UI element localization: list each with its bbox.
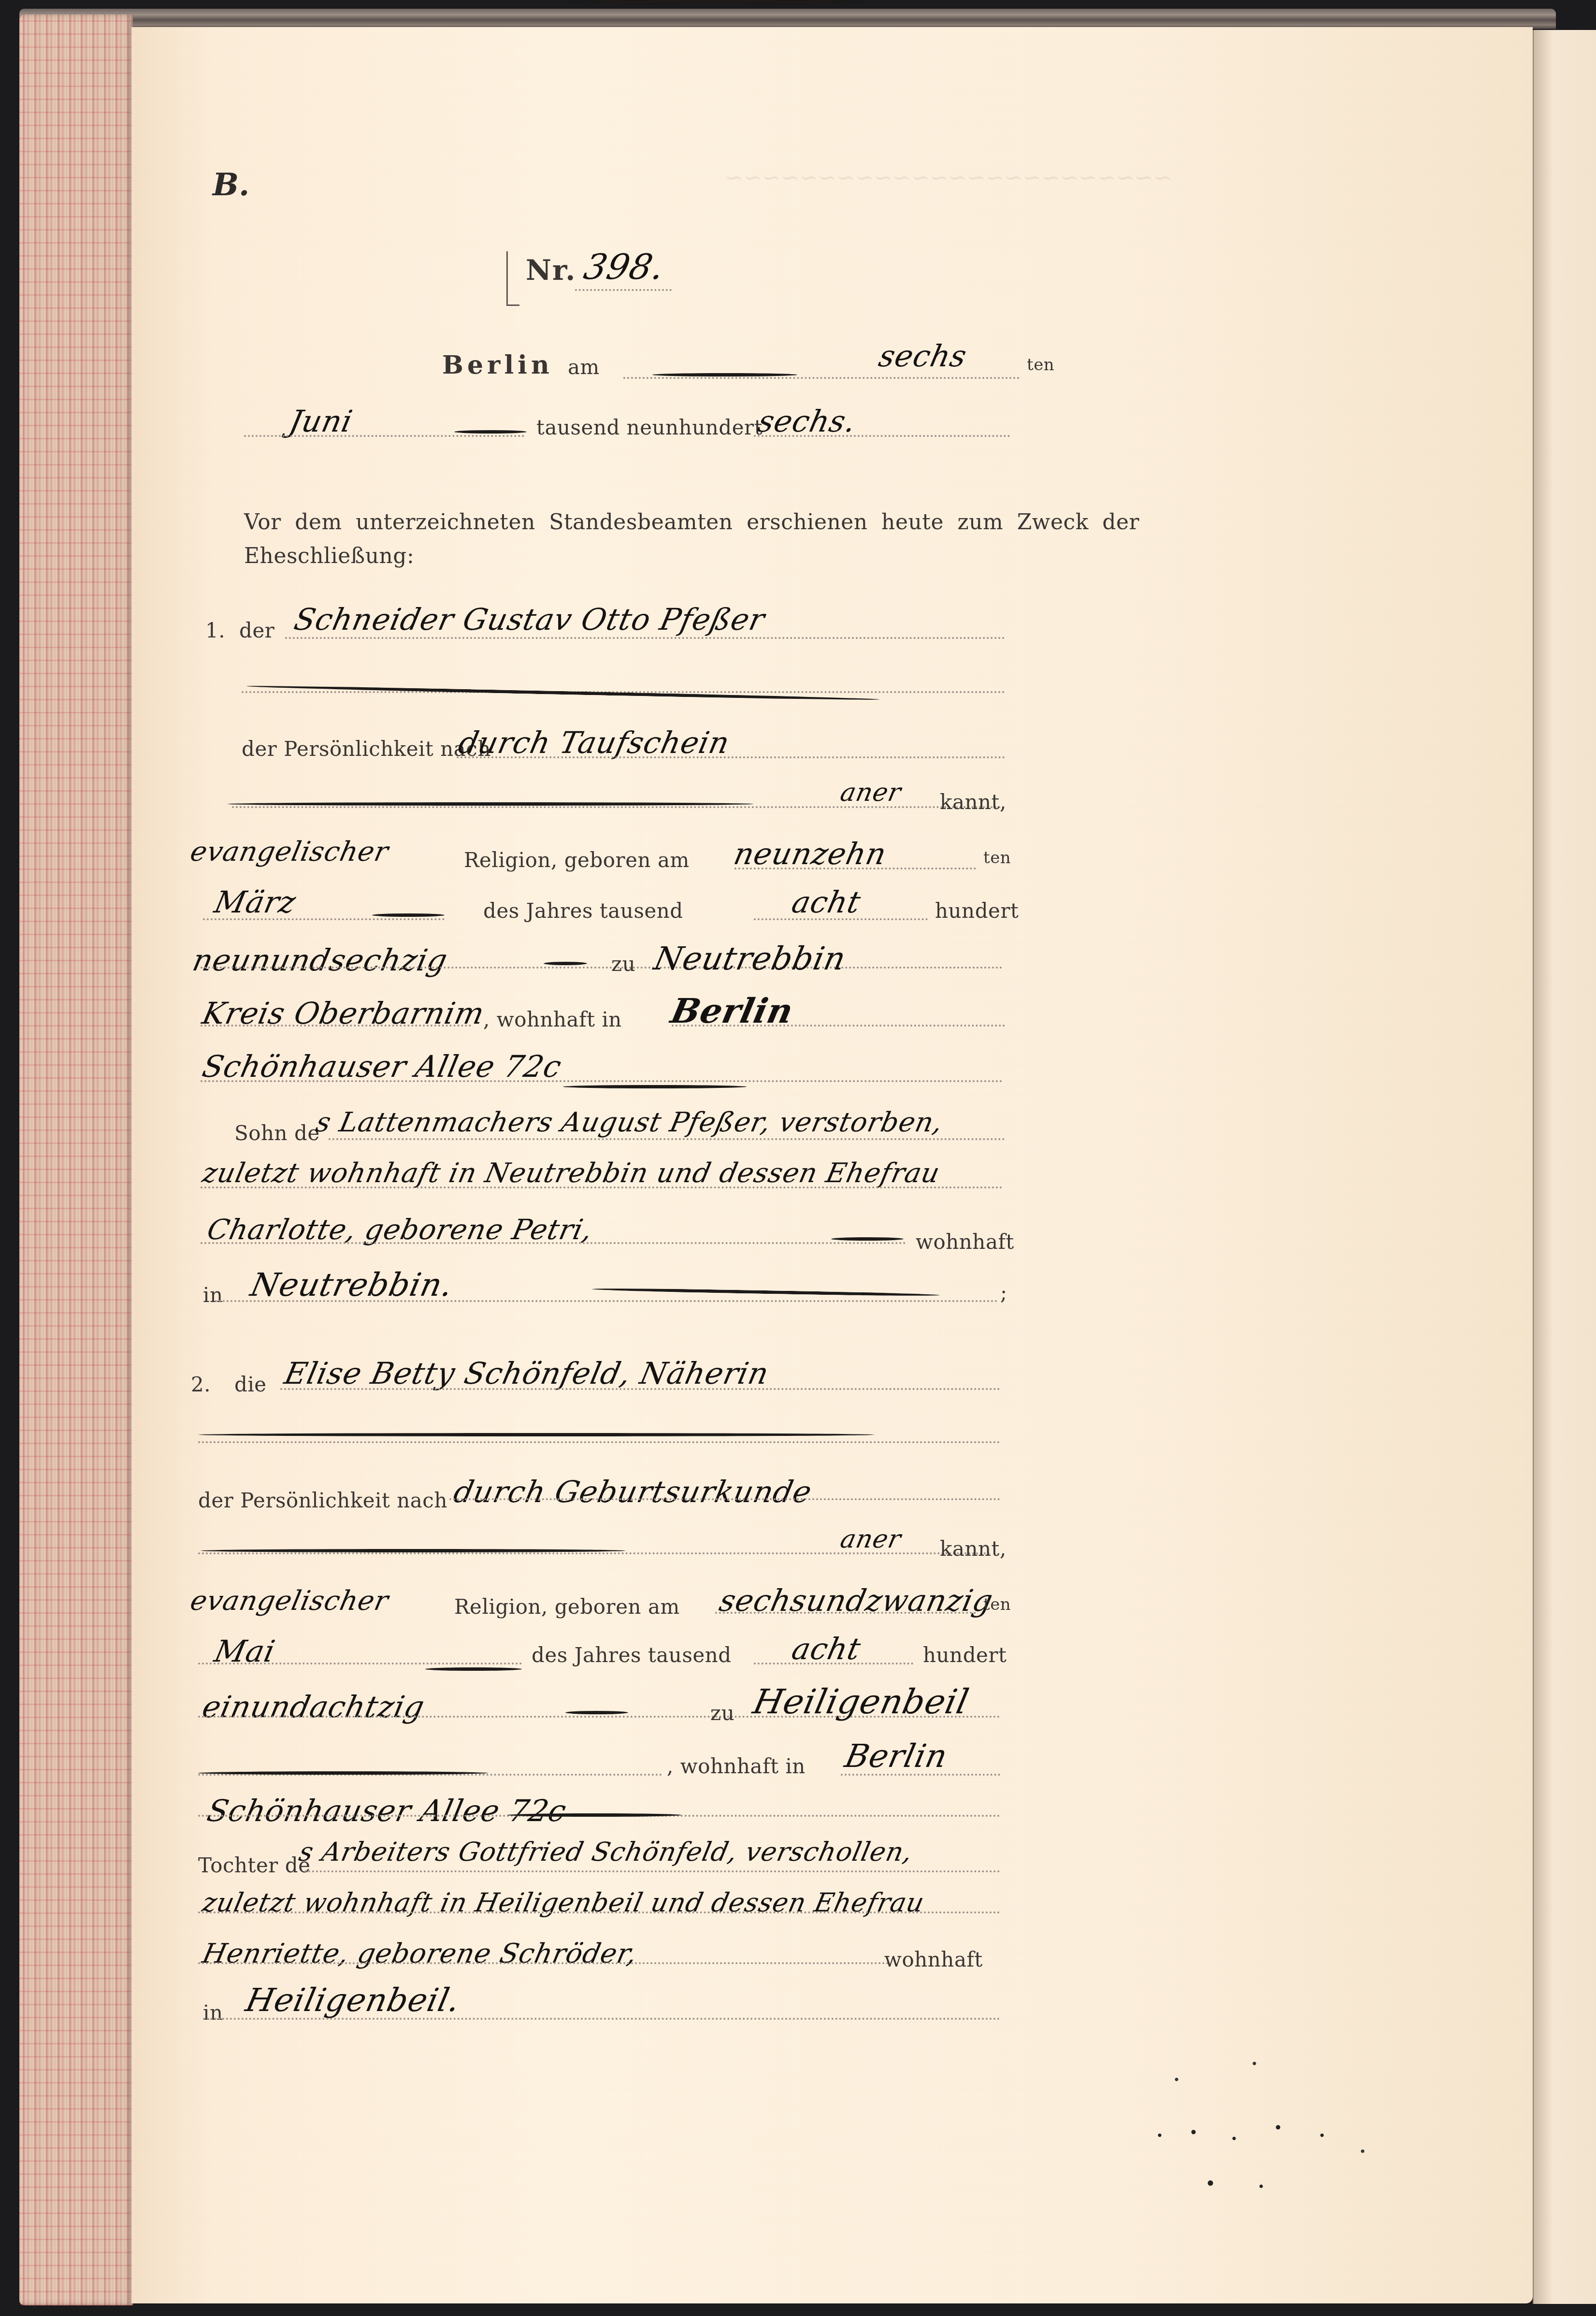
bride-birth-month-line	[198, 1663, 522, 1665]
groom-birth-place: Neutrebbin	[651, 940, 849, 977]
groom-religion-label: Religion, geboren am	[464, 848, 690, 872]
bride-father: s Arbeiters Gottfried Schönfeld, verscho…	[296, 1837, 915, 1867]
bride-month-filler-stroke	[425, 1667, 522, 1671]
month-filler-stroke	[454, 430, 527, 434]
bride-religion-label: Religion, geboren am	[454, 1595, 680, 1619]
bride-name-line-2	[198, 1441, 1000, 1443]
bride-mother: Henriette, geborene Schröder,	[200, 1938, 640, 1969]
groom-year-label: des Jahres tausend	[483, 899, 683, 923]
groom-birth-month: März	[211, 884, 299, 920]
groom-street-line	[201, 1080, 1003, 1082]
groom-identity-label: der Persönlichkeit nach	[242, 737, 491, 761]
groom-mother-filler-stroke	[831, 1237, 904, 1241]
groom-parent-label: Sohn de	[234, 1121, 320, 1145]
groom-father-line	[329, 1138, 1005, 1140]
groom-mother-line	[201, 1242, 906, 1244]
groom-known-suffix: kannt,	[940, 790, 1006, 814]
bride-known-filler-stroke	[201, 1549, 626, 1552]
bride-mother-residence-label: wohnhaft	[884, 1948, 983, 1971]
bride-identity-value: durch Geburtsurkunde	[450, 1474, 815, 1509]
groom-religion-value: evangelischer	[187, 836, 391, 868]
groom-occupation-name: Schneider Gustav Otto Pfeßer	[291, 602, 768, 637]
groom-month-filler-stroke	[372, 913, 445, 917]
bride-name-occupation: Elise Betty Schönfeld, Näherin	[281, 1356, 772, 1391]
groom-birth-year: neunundsechzig	[189, 942, 451, 978]
date-month: Juni	[286, 404, 356, 439]
bride-father-cont-line	[198, 1911, 1000, 1913]
bride-hundred-label: hundert	[923, 1643, 1006, 1667]
groom-residence-filler-stroke	[592, 1288, 940, 1297]
section-letter: B.	[213, 167, 249, 203]
bride-mother-residence-line	[203, 2018, 1000, 2020]
bleed-through-text: ~~~~~~~~~~~~~~~~~~~~~~~~	[725, 164, 1172, 190]
date-year: sechs.	[755, 404, 859, 439]
preamble-text: Vor dem unterzeichneten Standesbeamten e…	[244, 510, 1139, 535]
groom-birth-year-line	[201, 967, 1003, 969]
bride-birth-place: Heiligenbeil	[749, 1682, 972, 1722]
groom-in-label: in	[203, 1283, 223, 1307]
record-number-bracket	[506, 251, 519, 306]
bride-in-label: in	[203, 2001, 223, 2025]
groom-father-cont-line	[201, 1187, 1003, 1188]
day-line	[623, 377, 1020, 379]
groom-birth-century: acht	[789, 884, 864, 920]
groom-city-line	[672, 1025, 1005, 1027]
groom-mother-residence-line	[215, 1300, 998, 1302]
bride-name-line	[280, 1388, 1000, 1390]
bride-birth-day-suffix: ten	[983, 1595, 1011, 1614]
bride-mother-residence: Heiligenbeil.	[243, 1982, 464, 2019]
bride-residence-filler-stroke	[565, 0, 865, 3]
groom-birth-day-line	[734, 868, 976, 869]
bride-place-filler-stroke	[198, 1771, 488, 1775]
bride-birth-century: acht	[789, 1631, 864, 1666]
marriage-record-form: B. Nr. 398. Berlin am sechs ten Juni tau…	[0, 0, 1596, 2316]
bride-father-line	[304, 1870, 1000, 1872]
groom-known-filler-stroke	[227, 802, 754, 806]
groom-century-line	[754, 918, 928, 920]
groom-district-line	[201, 1025, 471, 1027]
groom-name-line	[285, 637, 1005, 639]
bride-index: 2.	[191, 1373, 211, 1396]
bride-name-filler-stroke	[198, 1433, 875, 1436]
bride-known-value: aner	[838, 1525, 904, 1554]
groom-father-cont: zuletzt wohnhaft in Neutrebbin und desse…	[200, 1158, 943, 1189]
groom-index: 1.	[205, 619, 225, 642]
preamble-cont: Eheschließung:	[244, 544, 414, 568]
groom-known-value: aner	[838, 778, 904, 807]
ink-speckle-marks	[1126, 2040, 1464, 2199]
date-day-suffix: ten	[1027, 355, 1054, 375]
record-number: 398.	[580, 246, 668, 287]
bride-birth-year: einundachtzig	[199, 1689, 428, 1724]
bride-year-filler-stroke	[565, 1711, 628, 1714]
groom-identity-value: durch Taufschein	[455, 725, 733, 760]
groom-mother-residence: Neutrebbin.	[247, 1266, 457, 1303]
bride-known-suffix: kannt,	[940, 1537, 1006, 1561]
groom-hundred-label: hundert	[935, 899, 1019, 923]
groom-identity-line	[457, 756, 1005, 758]
bride-year-label: des Jahres tausend	[532, 1643, 732, 1667]
bride-birth-day-line	[715, 1612, 976, 1614]
groom-residence-label: , wohnhaft in	[483, 1008, 622, 1031]
groom-birth-month-line	[203, 918, 445, 920]
groom-street-filler-stroke	[563, 1085, 747, 1088]
groom-year-filler-stroke	[544, 962, 587, 965]
bride-city-line	[841, 1774, 1000, 1776]
bride-religion-value: evangelischer	[187, 1585, 391, 1617]
bride-street-filler-stroke	[507, 1813, 681, 1817]
groom-birth-day: neunzehn	[731, 836, 890, 871]
groom-birth-day-suffix: ten	[983, 848, 1011, 868]
bride-parent-label: Tochter de	[198, 1853, 311, 1877]
groom-mother-residence-label: wohnhaft	[916, 1230, 1014, 1254]
year-line	[754, 435, 1010, 437]
day-filler-stroke	[652, 373, 797, 376]
groom-at-label: zu	[611, 952, 635, 976]
date-day: sechs	[876, 338, 970, 374]
place-label: Berlin	[442, 350, 553, 380]
groom-residence-street: Schönhauser Allee 72c	[199, 1049, 565, 1084]
month-line	[244, 435, 524, 437]
am-label: am	[568, 355, 600, 379]
groom-article: der	[239, 619, 274, 642]
bride-article: die	[234, 1373, 267, 1396]
year-prefix: tausend neunhundert	[536, 416, 762, 439]
bride-residence-street: Schönhauser Allee 72c	[204, 1793, 570, 1828]
groom-father: s Lattenmachers August Pfeßer, verstorbe…	[313, 1107, 946, 1138]
record-number-line	[575, 289, 672, 291]
bride-identity-label: der Persönlichkeit nach	[198, 1489, 447, 1512]
record-number-label: Nr.	[526, 254, 576, 287]
bride-century-line	[754, 1663, 913, 1665]
book-scan: B. Nr. 398. Berlin am sechs ten Juni tau…	[0, 0, 1596, 2316]
bride-identity-line	[449, 1498, 1000, 1500]
groom-mother: Charlotte, geborene Petri,	[204, 1213, 596, 1246]
groom-end-mark: ;	[1000, 1281, 1007, 1304]
bride-mother-line	[198, 1962, 889, 1964]
bride-residence-city: Berlin	[842, 1737, 951, 1775]
bride-residence-label: , wohnhaft in	[667, 1754, 805, 1778]
bride-at-label: zu	[710, 1701, 734, 1725]
